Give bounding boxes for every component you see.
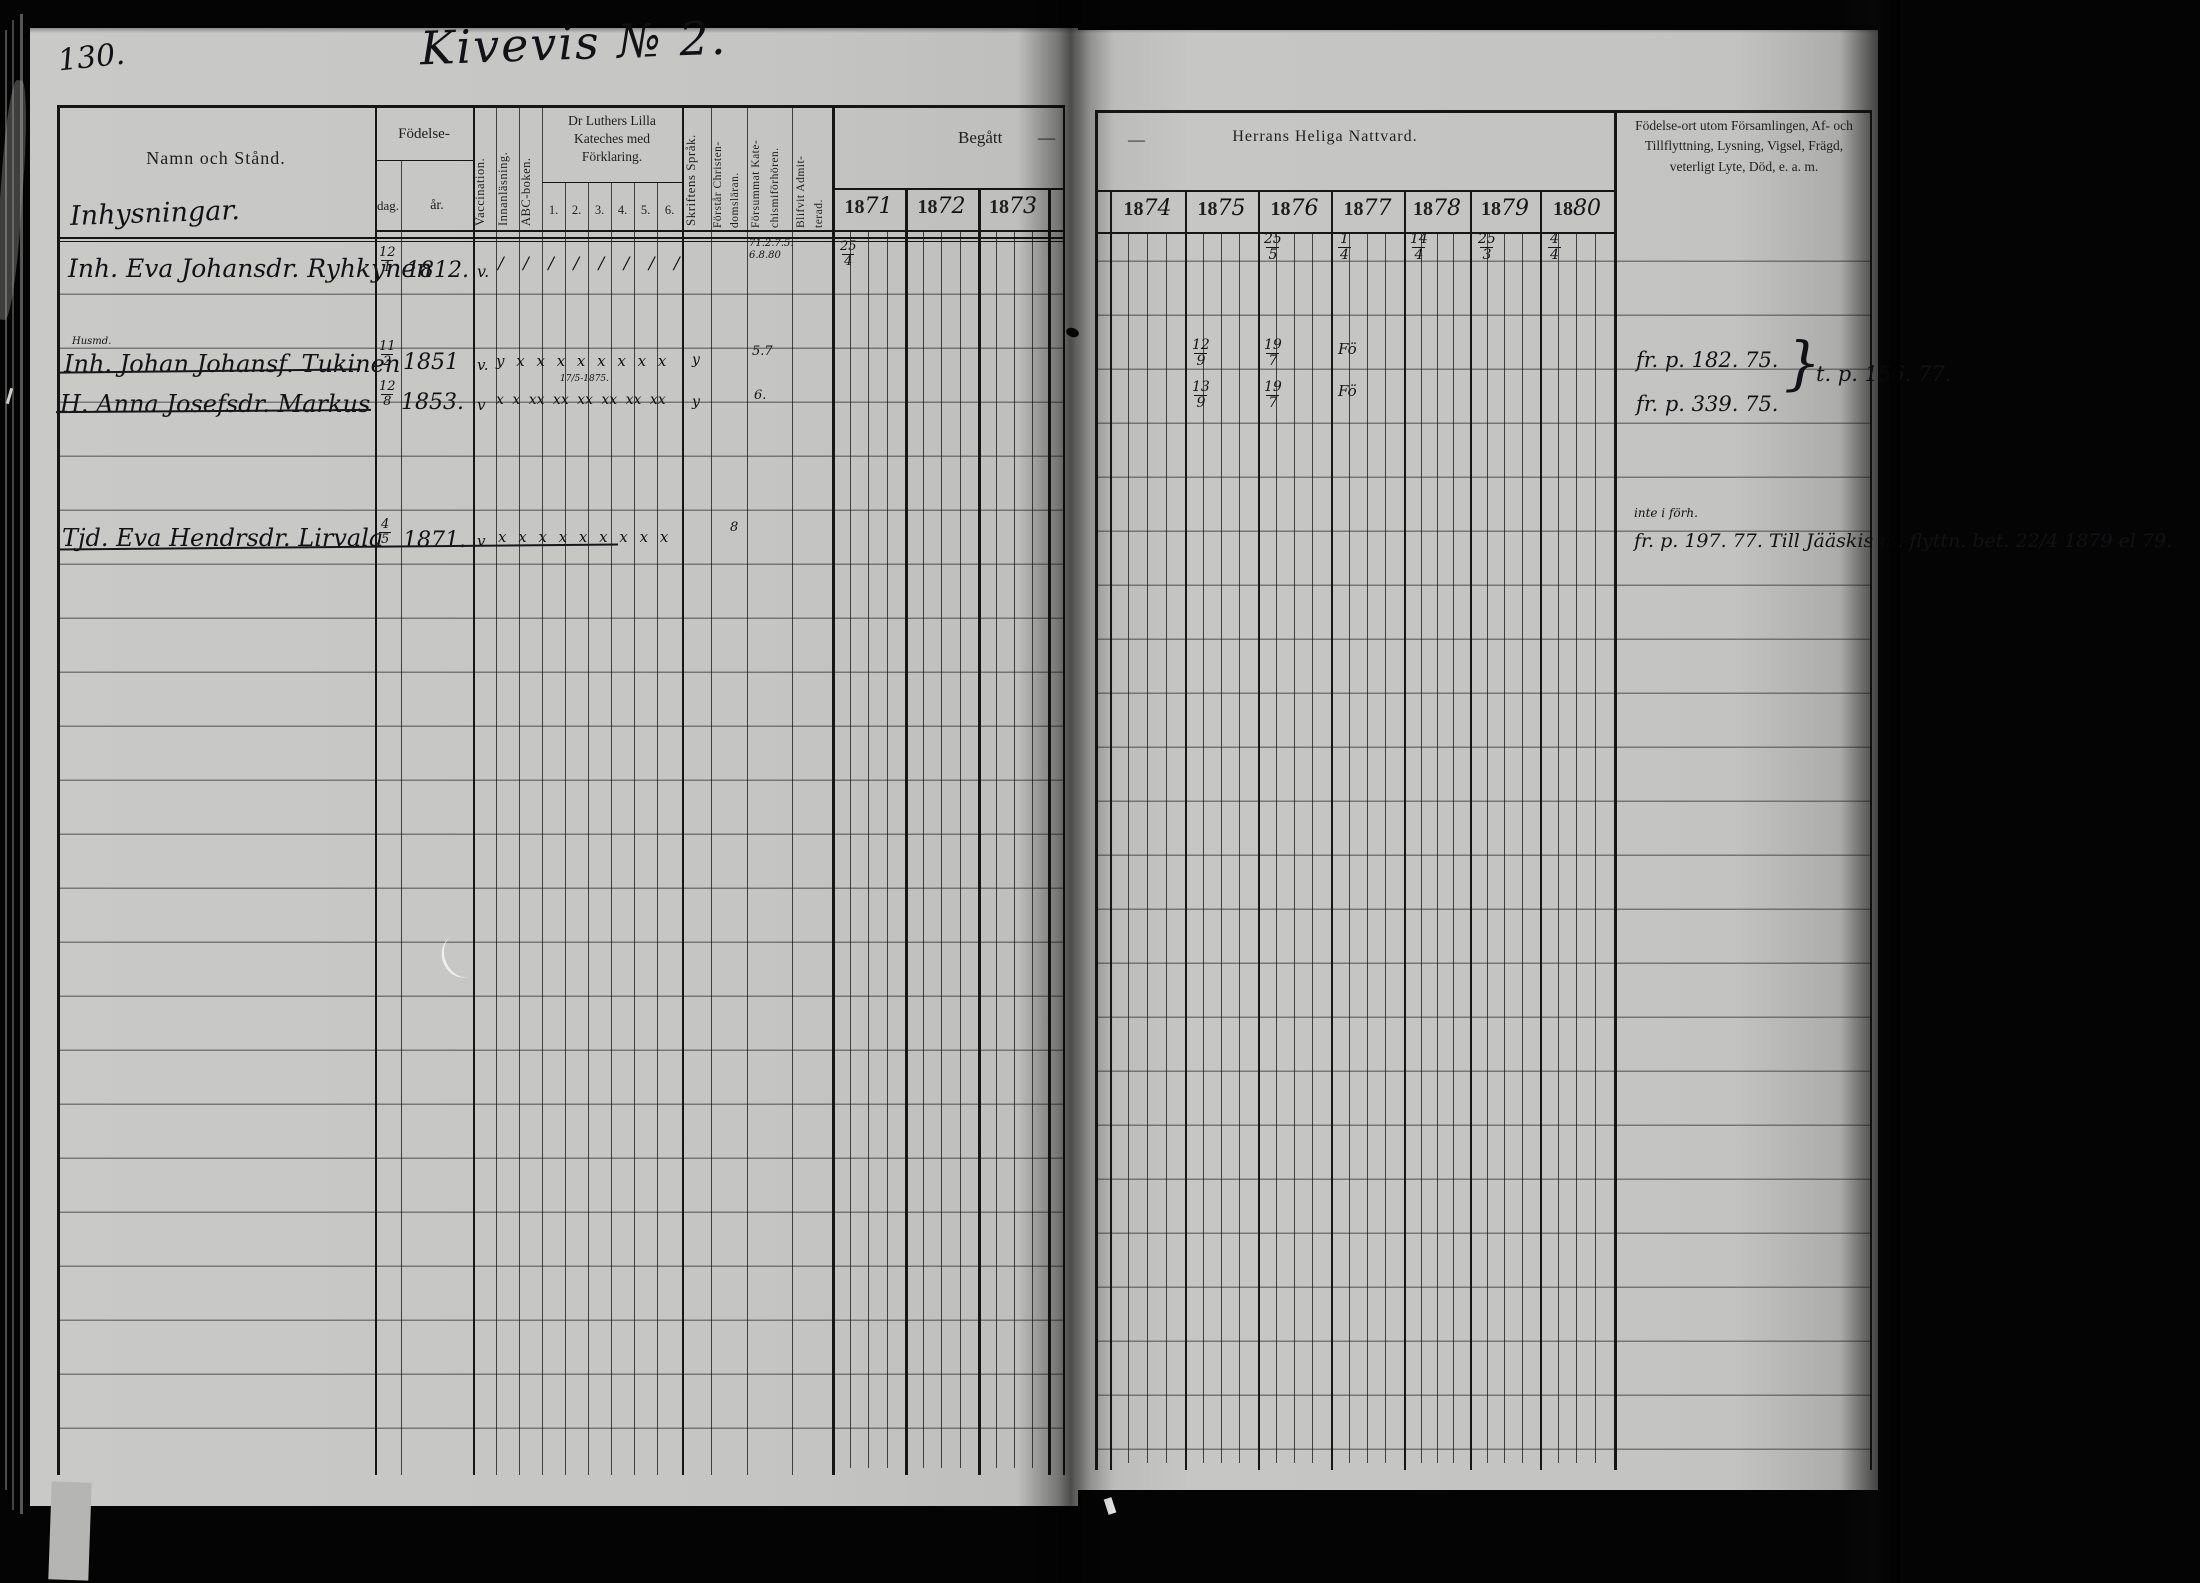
- grid-line: [542, 182, 682, 183]
- row-note-above: Husmd.: [72, 336, 111, 347]
- year-header-1879: 1879: [1470, 196, 1540, 221]
- row-birth-day: 121: [379, 246, 396, 274]
- row-nattvard-1876: 197: [1264, 380, 1282, 410]
- year-written: 80: [1573, 196, 1601, 221]
- year-header-1878: 1878: [1404, 196, 1470, 221]
- col-header-skriftens-sprak: Skriftens Språk.: [683, 112, 711, 226]
- grid-line: [1614, 110, 1617, 1470]
- grid-line: [611, 182, 612, 1475]
- row-kateches-note: 17/5-1875.: [560, 374, 609, 384]
- begatt-dash: —: [1038, 128, 1055, 148]
- row-nattvard-1875: 139: [1192, 380, 1210, 410]
- grid-line: [850, 232, 851, 1468]
- page-number: 130.: [56, 37, 126, 79]
- grid-line: [1276, 232, 1277, 1463]
- grid-line: [1166, 232, 1167, 1463]
- year-header-1875: 1875: [1185, 196, 1258, 221]
- year-printed: 18: [1124, 198, 1144, 220]
- grid-line: [1185, 190, 1187, 1470]
- row-vaccination-mark: v: [477, 532, 485, 550]
- frac-numerator: 12: [379, 380, 396, 394]
- col-header-forstar-line1: Förstår Christen-: [712, 110, 729, 228]
- frac-denominator: 1: [381, 260, 393, 275]
- row-name: Inh. Johan Johansf. Tukinen: [64, 350, 400, 378]
- row-nattvard-1878: 144: [1410, 232, 1428, 262]
- grid-line: [1576, 232, 1577, 1463]
- frac-denominator: 3: [1480, 247, 1493, 263]
- year-written: 73: [1009, 194, 1037, 219]
- grid-line: [1014, 232, 1015, 1468]
- row-kateches-marks: x x xx xx xx xx xx xx: [496, 392, 666, 408]
- frac-numerator: 25: [840, 240, 857, 254]
- grid-line: [1095, 110, 1098, 1470]
- row-nattvard-1877: Fö: [1338, 382, 1357, 400]
- frac-denominator: 4: [1412, 247, 1425, 263]
- grid-line: [905, 188, 908, 1475]
- grid-line: [978, 188, 981, 1475]
- grid-line: [868, 232, 869, 1468]
- year-written: 76: [1291, 196, 1319, 221]
- row-name: Inh. Eva Johansdr. Ryhkynen: [68, 254, 432, 283]
- year-header-1876: 1876: [1258, 196, 1331, 221]
- col-header-namn: Namn och Stånd.: [57, 148, 375, 169]
- grid-line: [496, 105, 497, 1475]
- year-printed: 18: [845, 196, 865, 218]
- ruled-lines-left: [57, 241, 1065, 1475]
- grid-line: [1258, 190, 1260, 1470]
- grid-line: [375, 160, 473, 161]
- row-skriftens-mark: y: [692, 394, 700, 410]
- col-header-fodelse: Födelse-: [375, 126, 473, 143]
- grid-line: [1095, 190, 1614, 192]
- frac-numerator: 25: [1264, 232, 1282, 247]
- row-forsummat-note: 5.7: [752, 344, 773, 359]
- row-birth-year: 1853.: [401, 390, 464, 415]
- row-annotation: fr. p. 197. 77. Till Jääskis m. flyttn. …: [1634, 530, 2172, 552]
- row-vaccination-mark: v: [477, 396, 485, 414]
- grid-line: [1239, 232, 1240, 1463]
- frac-denominator: 5: [1266, 247, 1279, 263]
- year-printed: 18: [1344, 198, 1364, 220]
- grid-line: [375, 230, 1065, 232]
- grid-line: [832, 188, 1065, 190]
- col-header-vaccination: Vaccination.: [473, 112, 496, 226]
- grid-line: [634, 182, 635, 1475]
- year-printed: 18: [1413, 198, 1433, 220]
- grid-line: [375, 105, 377, 1475]
- row-forsummat-note: 6.: [754, 388, 766, 403]
- col-header-ar: år.: [401, 198, 473, 214]
- frac-numerator: 19: [1264, 338, 1282, 353]
- row-begatt-1871: 254: [840, 240, 857, 268]
- col-header-forsummat-line2: chismiförhören.: [769, 110, 788, 228]
- year-header-1877: 1877: [1331, 196, 1404, 221]
- frac-numerator: 13: [1192, 380, 1210, 395]
- year-header-1873: 1873: [978, 194, 1048, 219]
- grid-line: [1437, 232, 1438, 1463]
- grid-line: [1453, 232, 1454, 1463]
- grid-line: [1294, 232, 1295, 1463]
- row-vaccination-mark: v.: [477, 356, 488, 374]
- grid-line: [1063, 105, 1065, 1475]
- grid-line: [792, 105, 793, 1475]
- forsummat-line2: 6.8.80: [749, 250, 781, 261]
- frac-denominator: 4: [1548, 247, 1561, 263]
- frac-denominator: 9: [1194, 353, 1207, 369]
- frac-denominator: 5: [379, 532, 391, 547]
- row-birth-day: 128: [379, 380, 396, 408]
- grid-line: [1312, 232, 1313, 1463]
- row-annotation: fr. p. 182. 75.: [1636, 348, 1778, 372]
- grid-line: [1349, 232, 1350, 1463]
- year-written: 72: [938, 194, 966, 219]
- grid-line: [401, 160, 402, 1475]
- kateches-subcol-3: 3.: [588, 203, 611, 218]
- grid-line: [57, 105, 60, 1475]
- row-birth-day: 45: [379, 518, 391, 546]
- frac-numerator: 4: [1550, 232, 1559, 247]
- grid-line: [1032, 232, 1033, 1468]
- frac-numerator: 14: [1410, 232, 1428, 247]
- year-written: 74: [1144, 196, 1172, 221]
- col-header-nattvard: Herrans Heliga Nattvard.: [1190, 128, 1460, 146]
- nattvard-dash: —: [1128, 130, 1145, 150]
- row-nattvard-1879: 253: [1478, 232, 1496, 262]
- kateches-subcol-1: 1.: [542, 203, 565, 218]
- col-header-begatt: Begått: [958, 128, 1002, 148]
- row-nattvard-1877: 14: [1338, 232, 1351, 262]
- col-header-dag: dag.: [375, 198, 401, 214]
- grid-line: [1522, 232, 1523, 1463]
- frac-denominator: 4: [842, 254, 854, 269]
- year-written: 75: [1218, 196, 1246, 221]
- frac-denominator: 7: [1266, 353, 1279, 369]
- row-forsummat-note: 71.2.7.5. 6.8.80: [749, 238, 793, 261]
- year-written: 77: [1364, 196, 1392, 221]
- frac-numerator: 1: [1340, 232, 1349, 247]
- grid-line: [1870, 110, 1872, 1470]
- grid-line: [832, 105, 835, 1475]
- year-printed: 18: [918, 196, 938, 218]
- row-birth-year: 1871.: [403, 528, 466, 553]
- row-nattvard-1880: 44: [1548, 232, 1561, 262]
- grid-line: [1147, 232, 1148, 1463]
- grid-line: [1404, 190, 1406, 1470]
- col-header-blifvit-line1: Blifvit Admit-: [795, 110, 813, 228]
- col-header-kateches: Dr Luthers Lilla Kateches med Förklaring…: [546, 112, 678, 167]
- year-printed: 18: [1481, 198, 1501, 220]
- row-nattvard-1876: 255: [1264, 232, 1282, 262]
- grid-line: [1128, 232, 1129, 1463]
- row-nattvard-1877: Fö: [1338, 340, 1357, 358]
- grid-line: [1331, 190, 1333, 1470]
- year-header-1872: 1872: [905, 194, 978, 219]
- year-header-1880: 1880: [1540, 196, 1614, 221]
- grid-line: [996, 232, 997, 1468]
- grid-line: [1558, 232, 1559, 1463]
- forsummat-line1: 71.2.7.5.: [749, 238, 794, 249]
- col-header-forstar-line2: domsläran.: [729, 110, 746, 228]
- frac-numerator: 4: [381, 518, 389, 532]
- kateches-subcol-4: 4.: [611, 203, 634, 218]
- frac-denominator: 7: [1266, 395, 1279, 411]
- year-written: 71: [865, 194, 893, 219]
- year-written: 78: [1433, 196, 1461, 221]
- frac-denominator: 9: [1194, 395, 1207, 411]
- grid-line: [1095, 232, 1614, 234]
- kateches-subcol-6: 6.: [657, 203, 682, 218]
- kateches-subcol-2: 2.: [565, 203, 588, 218]
- grid-line: [747, 105, 748, 1475]
- page-title: Kivevis № 2.: [419, 11, 728, 76]
- row-nattvard-1875: 129: [1192, 338, 1210, 368]
- frac-denominator: 4: [1338, 247, 1351, 263]
- book-scan: 130. Kivevis № 2. Namn och Stånd. Födels…: [0, 0, 2200, 1583]
- row-annotation-2: t. p. 156. 77.: [1816, 362, 1951, 386]
- grid-line: [1110, 190, 1112, 1470]
- col-header-fodelseort: Födelse-ort utom Församlingen, Af- och T…: [1628, 116, 1860, 177]
- grid-line: [960, 232, 961, 1468]
- row-birth-day: 112: [379, 340, 396, 368]
- year-printed: 18: [1271, 198, 1291, 220]
- year-printed: 18: [989, 196, 1009, 218]
- grid-line: [1203, 232, 1204, 1463]
- grid-line: [1221, 232, 1222, 1463]
- grid-line: [1048, 188, 1051, 1475]
- section-label: Inhysningar.: [70, 195, 241, 232]
- col-header-blifvit-line2: terad.: [813, 110, 831, 228]
- row-vaccination-mark: v.: [477, 262, 489, 281]
- row-kateches-marks: / / / / / / / /: [498, 254, 687, 274]
- row-name: H. Anna Josefsdr. Markus: [60, 390, 370, 418]
- year-header-1871: 1871: [832, 194, 905, 219]
- grid-line: [887, 232, 888, 1468]
- year-header-1874: 1874: [1110, 196, 1185, 221]
- row-annotation-small: inte i förh.: [1634, 506, 1698, 520]
- row-kateches-marks: y x x x x x x x x: [496, 352, 666, 370]
- kateches-subcol-5: 5.: [634, 203, 657, 218]
- grid-line: [473, 105, 475, 1475]
- grid-line: [1421, 232, 1422, 1463]
- grid-line: [1595, 232, 1596, 1463]
- frac-numerator: 12: [1192, 338, 1210, 353]
- frac-numerator: 19: [1264, 380, 1282, 395]
- grid-line: [1487, 232, 1488, 1463]
- row-annotation: fr. p. 339. 75.: [1636, 392, 1778, 416]
- year-printed: 18: [1553, 198, 1573, 220]
- paper-tab: [48, 1481, 91, 1580]
- grid-line: [1367, 232, 1368, 1463]
- frac-numerator: 12: [379, 246, 396, 260]
- year-written: 79: [1501, 196, 1529, 221]
- frac-denominator: 8: [381, 394, 393, 409]
- grid-line: [519, 105, 520, 1475]
- row-birth-year: 1851: [403, 350, 459, 375]
- grid-line: [1540, 190, 1542, 1470]
- grid-line: [941, 232, 942, 1468]
- grid-line: [57, 237, 1065, 239]
- grid-line: [1470, 190, 1472, 1470]
- page-edge-strip: [20, 14, 23, 1514]
- col-header-forsummat-line1: Försummat Kate-: [750, 110, 769, 228]
- grid-line: [542, 105, 543, 1475]
- frac-numerator: 11: [379, 340, 396, 354]
- col-header-abc-boken: ABC-boken.: [519, 112, 542, 226]
- row-birth-year: 1812.: [406, 258, 469, 283]
- col-header-innanlasning: Innanläsning.: [496, 112, 519, 226]
- grid-line: [1385, 232, 1386, 1463]
- grid-line: [1095, 110, 1872, 113]
- grid-line: [682, 105, 684, 1475]
- grid-line: [1504, 232, 1505, 1463]
- grid-line: [57, 105, 1065, 108]
- year-printed: 18: [1198, 198, 1218, 220]
- grid-line: [711, 105, 712, 1475]
- grid-line: [657, 182, 658, 1475]
- row-skriftens-mark: y: [692, 352, 700, 368]
- row-nattvard-1876: 197: [1264, 338, 1282, 368]
- frac-numerator: 25: [1478, 232, 1496, 247]
- row-forstar-mark: 8: [730, 520, 738, 535]
- paper-sliver: [1104, 1497, 1117, 1515]
- grid-line: [57, 241, 1065, 242]
- grid-line: [923, 232, 924, 1468]
- frac-denominator: 2: [381, 354, 393, 369]
